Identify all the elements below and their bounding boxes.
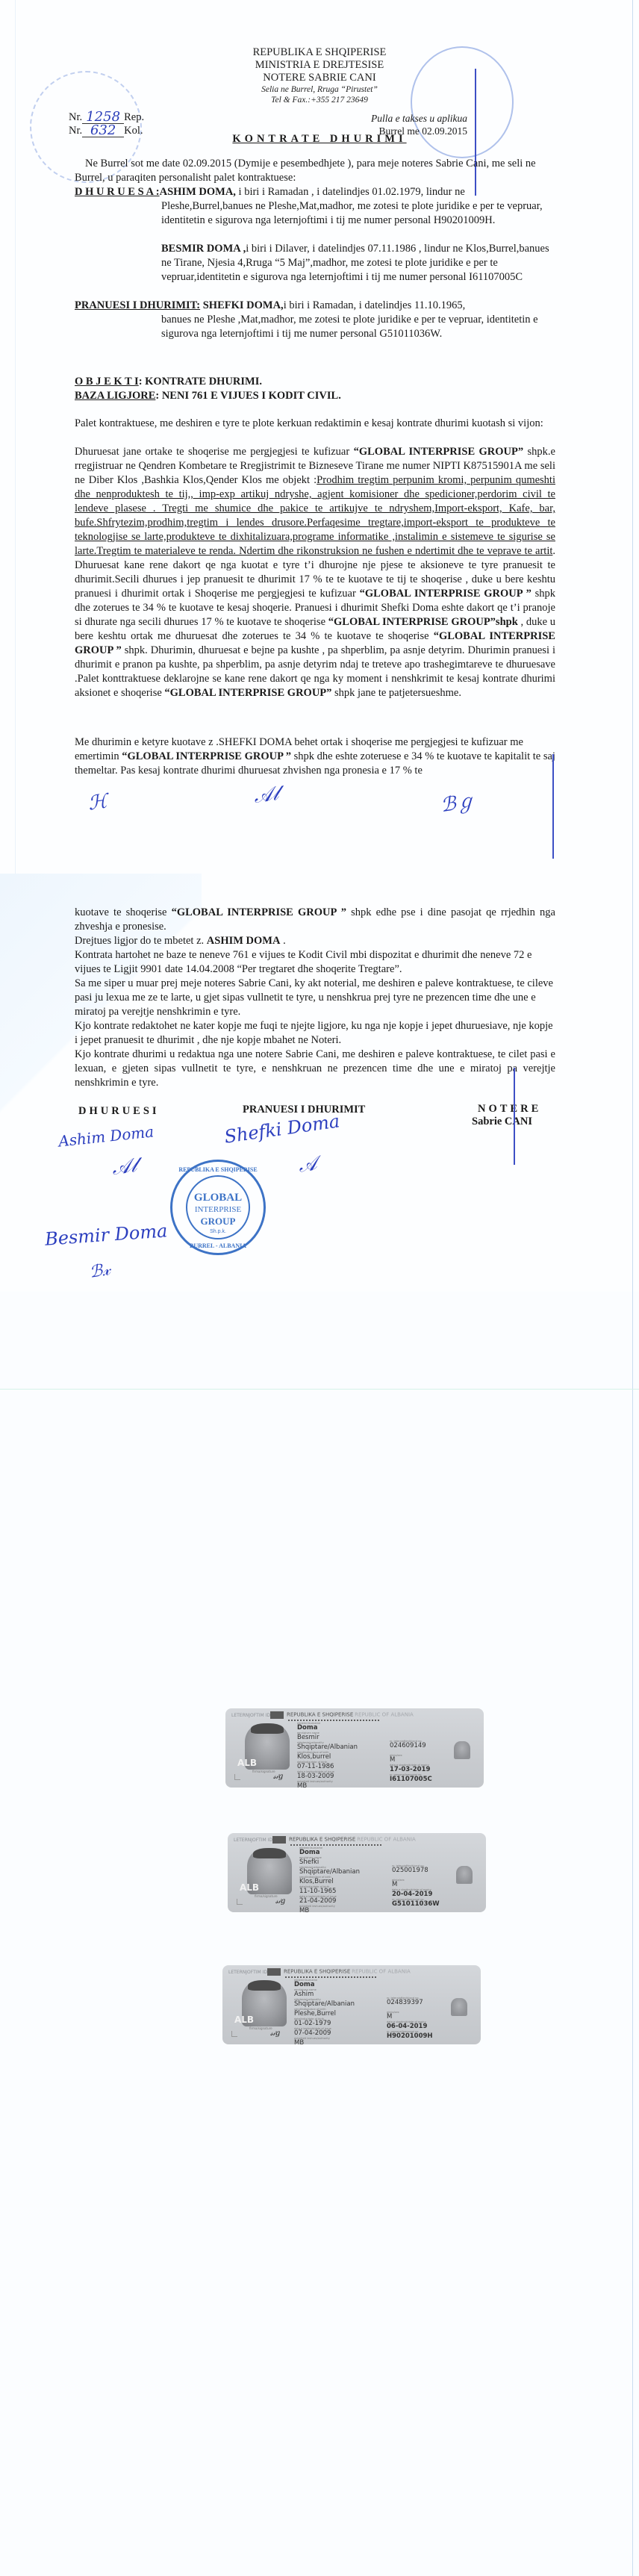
signature-label: firma/signature (249, 2026, 272, 2030)
card-issuer-en: REPUBLIC OF ALBANIA (352, 1969, 411, 1975)
page2-paragraph-3: Kontrata hartohet ne baze te neneve 761 … (75, 948, 555, 977)
page2-paragraph-6: Kjo kontrate dhurimi u redaktua nga une … (75, 1048, 555, 1090)
authority-value: MB (297, 1783, 394, 1788)
albania-flag-icon (267, 1968, 281, 1976)
card-fields-left: mbiemri/surname Doma emri/given name Ash… (294, 1979, 391, 2044)
id-card: LETERNJOFTIM IDREPUBLIKA E SHQIPERISE RE… (225, 1708, 484, 1788)
initials-signature: ℬℊ (439, 785, 477, 818)
donor-signature-heading: DHURUESI (78, 1105, 160, 1118)
holder-ghost-photo (454, 1741, 470, 1759)
date-of-expiry-value: 20-04-2019 (392, 1891, 474, 1898)
personal-number-value: H90201009H (387, 2033, 469, 2040)
holder-signature: 𝓈𝒾𝑔 (275, 1897, 285, 1905)
holder-ghost-photo (456, 1866, 473, 1884)
notary-signature-heading: NOTERE (478, 1103, 541, 1116)
card-issuer: REPUBLIKA E SHQIPERISE (287, 1712, 353, 1718)
card-type-label: LETERNJOFTIM ID (228, 1970, 267, 1975)
company-name: “GLOBAL INTERPRISE GROUP”shpk (328, 616, 518, 628)
card-fields-left: mbiemri/surname Doma emri/given name Bes… (297, 1722, 394, 1788)
page2-paragraph-4: Sa me siper u muar prej meje noteres Sab… (75, 977, 555, 1019)
legal-basis-value: : NENI 761 E VIJUES I KODIT CIVIL. (155, 390, 340, 402)
tax-stamp-line1: Pulla e takses u aplikua (318, 112, 467, 125)
company-name: “GLOBAL INTERPRISE GROUP ” (360, 588, 532, 600)
notary-letterhead: REPUBLIKA E SHQIPERISE MINISTRIA E DREJT… (0, 46, 639, 105)
donor-2-initials: ℬ𝓍 (88, 1260, 111, 1282)
rep-label: Rep. (124, 111, 144, 124)
company-activity: Prodhim tregtim perpunim kromi, perpunim… (75, 474, 555, 557)
recipient-text: i biri i Ramadan, i datelindjes 11.10.19… (284, 299, 466, 311)
holder-ghost-photo (451, 1998, 467, 2016)
donor-2-name: BESMIR DOMA , (161, 243, 246, 255)
scan-artifact (0, 1389, 639, 1390)
date-of-birth-value: 07-11-1986 (297, 1764, 394, 1770)
date-of-issue-value: 21-04-2009 (299, 1898, 396, 1905)
country-code: ALB (240, 1882, 259, 1893)
recipient-initials: 𝒜 (297, 1152, 319, 1177)
recipient-label: PRANUESI I DHURIMIT: (75, 299, 200, 311)
donor-1-block: D H U R U E S A :ASHIM DOMA, i biri i Ra… (75, 185, 555, 199)
donor-1-initials: 𝒜𝓁 (110, 1154, 138, 1180)
card-type-label: LETERNJOFTIM ID (234, 1838, 272, 1843)
given-name-value: Besmir (297, 1735, 394, 1741)
notary-name: Sabrie CANI (472, 1116, 532, 1128)
register-prefix: Nr. (69, 111, 82, 124)
date-of-issue-value: 18-03-2009 (297, 1773, 394, 1780)
stamp-ring-bottom: BURREL - ALBANIA (172, 1242, 264, 1249)
card-issuer-en: REPUBLIC OF ALBANIA (355, 1712, 414, 1718)
recipient-details: banues ne Pleshe ,Mat,madhor, me zotesi … (75, 313, 555, 341)
recipient-name: SHEFKI DOMA, (200, 299, 284, 311)
place-of-birth-value: Klos,Burrel (299, 1879, 396, 1885)
letterhead-ministry: MINISTRIA E DREJTESISE (0, 59, 639, 72)
company-name: “GLOBAL INTERPRISE GROUP ” (172, 906, 346, 918)
initials-signature: ℋ (87, 790, 109, 815)
pen-stroke (514, 1068, 515, 1165)
intro-paragraph: Ne Burrel sot me date 02.09.2015 (Dymije… (75, 157, 555, 185)
card-issuer: REPUBLIKA E SHQIPERISE (284, 1969, 350, 1975)
stamp-line-2: INTERPRISE (172, 1205, 264, 1214)
date-of-birth-value: 01-02-1979 (294, 2020, 391, 2027)
authority-value: MB (294, 2040, 391, 2044)
initials-signature: 𝒜𝓁 (252, 783, 280, 809)
page-edge (632, 0, 633, 874)
card-fields-left: mbiemri/surname Doma emri/given name She… (299, 1847, 396, 1912)
place-of-birth-value: Pleshe,Burrel (294, 2011, 391, 2017)
company-stamp: REPUBLIKA E SHQIPERISE GLOBAL INTERPRISE… (170, 1160, 266, 1255)
letterhead-republic: REPUBLIKA E SHQIPERISE (0, 46, 639, 59)
nationality-value: Shqiptare/Albanian (297, 1744, 394, 1751)
card-corner-mark (237, 1899, 243, 1905)
signature-label: firma/signature (252, 1770, 275, 1773)
letterhead-phone: Tel & Fax.:+355 217 23649 (0, 95, 639, 105)
recipient-block: PRANUESI I DHURIMIT: SHEFKI DOMA,i biri … (75, 299, 555, 313)
body-paragraph-3: Me dhurimin e ketyre kuotave z .SHEFKI D… (75, 735, 555, 778)
card-issuer: REPUBLIKA E SHQIPERISE (289, 1837, 355, 1843)
holder-signature: 𝓈𝒾𝑔 (273, 1773, 283, 1781)
personal-number-value: I61107005C (390, 1776, 472, 1783)
document-title: KONTRATE DHURIMI (0, 133, 639, 146)
object-label: O B J E K T I (75, 376, 139, 388)
card-issuer-en: REPUBLIC OF ALBANIA (357, 1837, 416, 1843)
page2-paragraph-2: Drejtues ligjor do te mbetet z. ASHIM DO… (75, 934, 555, 948)
stamp-line-3: GROUP (172, 1216, 264, 1228)
body-paragraph-1: Palet kontraktuese, me deshiren e tyre t… (75, 417, 555, 431)
letterhead-address: Selia ne Burrel, Rruga “Pirustet” (0, 84, 639, 95)
place-of-birth-value: Klos,burrel (297, 1754, 394, 1761)
card-type-label: LETERNJOFTIM ID (231, 1713, 270, 1718)
card-corner-mark (231, 2031, 237, 2037)
legal-basis-label: BAZA LIGJORE (75, 390, 155, 402)
company-name: “GLOBAL INTERPRISE GROUP ” (122, 750, 291, 762)
stamp-ring-top: REPUBLIKA E SHQIPERISE (172, 1166, 264, 1173)
id-card: LETERNJOFTIM IDREPUBLIKA E SHQIPERISE RE… (228, 1833, 486, 1912)
object-line: O B J E K T I: KONTRATE DHURIMI. (75, 375, 555, 389)
legal-basis-line: BAZA LIGJORE: NENI 761 E VIJUES I KODIT … (75, 389, 555, 403)
page-edge (15, 0, 16, 874)
date-of-birth-value: 11-10-1965 (299, 1888, 396, 1895)
authority-value: MB (299, 1908, 396, 1912)
body-paragraph-2: Dhuruesat jane ortake te shoqerise me pe… (75, 445, 555, 700)
nationality-value: Shqiptare/Albanian (294, 2001, 391, 2008)
recipient-signature-heading: PRANUESI I DHURIMIT (243, 1104, 365, 1116)
donors-label: D H U R U E S A : (75, 186, 160, 198)
page2-paragraph-1: kuotave te shoqerise “GLOBAL INTERPRISE … (75, 906, 555, 934)
country-code: ALB (234, 2015, 254, 2025)
given-name-value: Shefki (299, 1859, 396, 1866)
donor-2-block: BESMIR DOMA ,i biri i Dilaver, i datelin… (75, 242, 555, 284)
card-corner-mark (234, 1774, 240, 1780)
surname-value: Doma (297, 1725, 394, 1732)
given-name-value: Ashim (294, 1991, 391, 1998)
nationality-value: Shqiptare/Albanian (299, 1869, 396, 1876)
page2-paragraph-5: Kjo kontrate redaktohet ne kater kopje m… (75, 1019, 555, 1048)
date-of-expiry-value: 06-04-2019 (387, 2023, 469, 2030)
company-name: “GLOBAL INTERPRISE GROUP” (354, 446, 524, 458)
object-value: : KONTRATE DHURIMI. (139, 376, 262, 388)
donor-1-details: Pleshe,Burrel,banues ne Pleshe,Mat,madho… (75, 199, 555, 228)
country-code: ALB (237, 1758, 257, 1768)
donor-1-text: i biri i Ramadan , i datelindjes 01.02.1… (236, 186, 465, 198)
holder-signature: 𝓈𝒾𝑔 (270, 2029, 280, 2038)
surname-value: Doma (299, 1849, 396, 1856)
surname-value: Doma (294, 1982, 391, 1988)
albania-flag-icon (272, 1836, 286, 1844)
albania-flag-icon (270, 1711, 284, 1719)
stamp-line-4: Sh.p.k. (172, 1229, 264, 1234)
personal-number-value: G51011036W (392, 1901, 474, 1908)
id-cards-page (0, 1292, 639, 2576)
stamp-line-1: GLOBAL (172, 1192, 264, 1204)
date-of-expiry-value: 17-03-2019 (390, 1767, 472, 1773)
page-edge (632, 1292, 633, 2576)
date-of-issue-value: 07-04-2009 (294, 2030, 391, 2037)
signature-label: firma/signature (255, 1894, 278, 1898)
legal-director-name: ASHIM DOMA (207, 935, 281, 947)
company-name: “GLOBAL INTERPRISE GROUP” (164, 687, 331, 699)
contract-page-1: REPUBLIKA E SHQIPERISE MINISTRIA E DREJT… (0, 0, 639, 874)
letterhead-notary: NOTERE SABRIE CANI (0, 72, 639, 84)
pen-stroke (552, 754, 554, 859)
id-card: LETERNJOFTIM IDREPUBLIKA E SHQIPERISE RE… (222, 1965, 481, 2044)
page-edge (632, 874, 633, 1292)
donor-1-name: ASHIM DOMA, (160, 186, 236, 198)
